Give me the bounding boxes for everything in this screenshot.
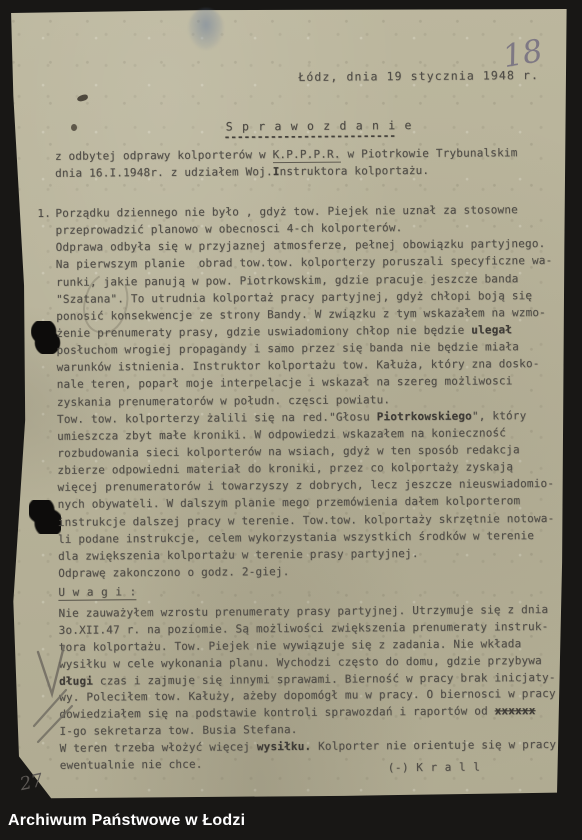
signature: (-) K r a l l <box>388 761 481 775</box>
remarks-body: Nie zauważyłem wzrostu prenumeraty prasy… <box>58 603 556 776</box>
text-line: ewentualnie nie chce. <box>60 755 557 776</box>
text-line: dnia 16.I.1948r. z udziałem Woj.Instrukt… <box>55 163 518 184</box>
title-underline: -------------------------- <box>224 129 396 143</box>
paragraph-number: 1. <box>37 207 51 220</box>
handwritten-page-number-top: 18 <box>500 33 545 75</box>
archive-watermark: Archiwum Państwowe w Łodzi <box>8 812 245 830</box>
remarks-heading: U w a g i : <box>58 585 136 599</box>
report-body: Porządku dziennego nie było , gdyż tow. … <box>55 203 555 584</box>
pencil-checkmark <box>28 638 80 750</box>
date-line: Łódz, dnia 19 stycznia 1948 r. <box>298 68 539 84</box>
report-subtitle: z odbytej odprawy kolporterów w K.P.P.P.… <box>55 146 518 184</box>
text-line: Odprawę zakonczono o godz. 2-giej. <box>58 563 555 584</box>
typewritten-content: Łódz, dnia 19 stycznia 1948 r. S p r a w… <box>0 0 582 840</box>
